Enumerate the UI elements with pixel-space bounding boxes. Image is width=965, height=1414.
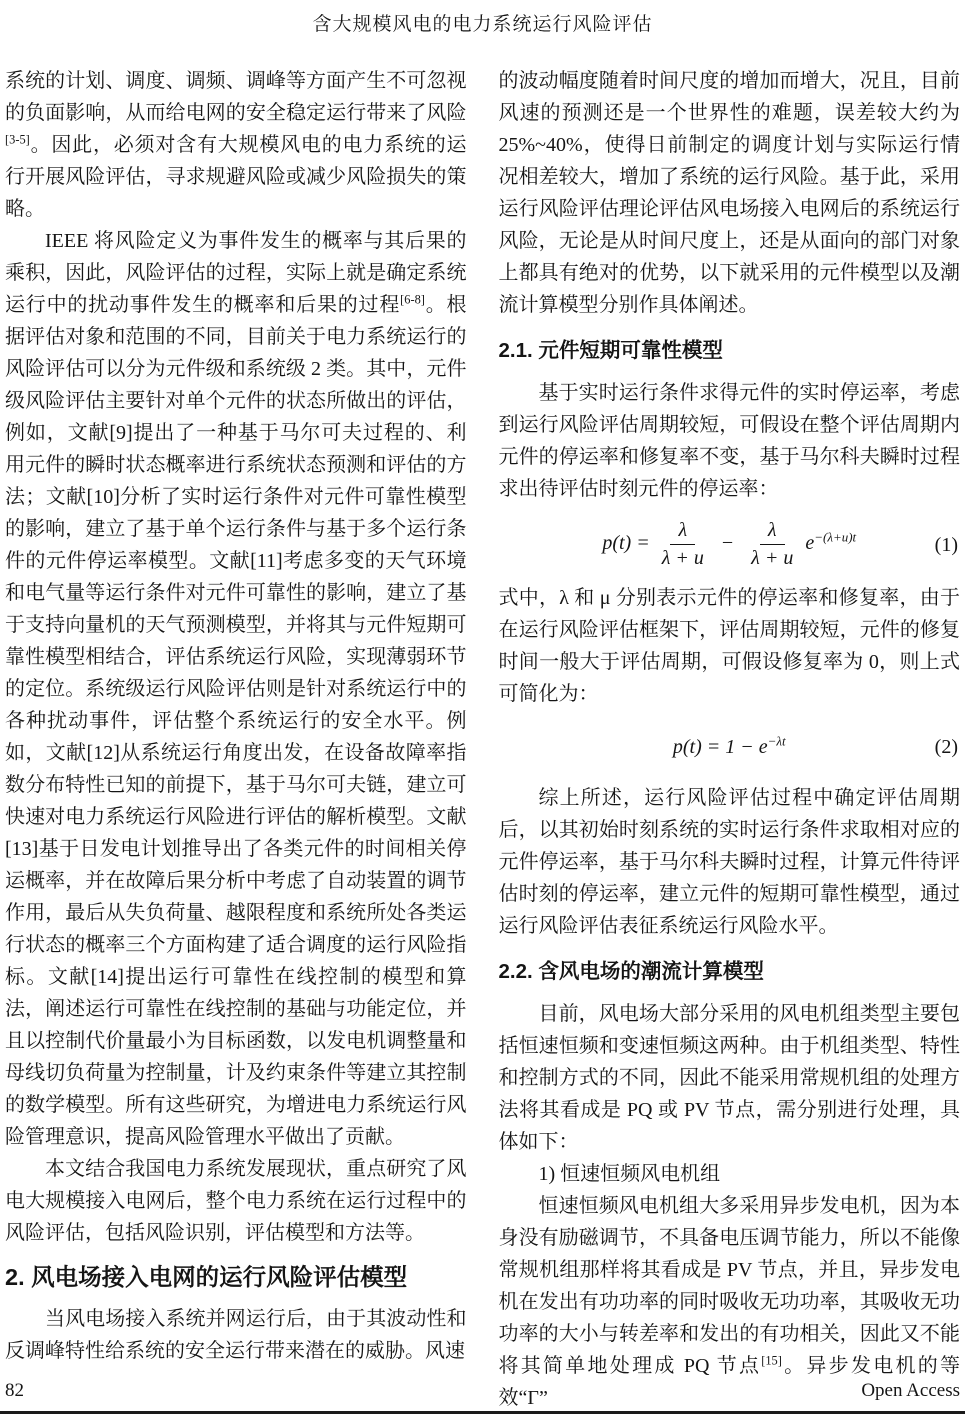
equation-2-body: p(t) = 1 − e−λt bbox=[673, 731, 786, 763]
equation-1-fraction-2: λλ + u bbox=[749, 519, 795, 570]
equation-1: p(t) = λλ + u − λλ + u e−(λ+u)t (1) bbox=[499, 519, 961, 570]
paper-page: 含大规模风电的电力系统运行风险评估 系统的计划、调度、调频、调峰等方面产生不可忽… bbox=[0, 0, 965, 1414]
equation-1-number: (1) bbox=[935, 529, 958, 561]
page-footer: 82 Open Access bbox=[5, 1380, 960, 1402]
right-paragraph-summary: 综上所述，运行风险评估过程中确定评估周期后，以其初始时刻系统的实时运行条件求取相… bbox=[499, 782, 961, 942]
section-2-2-heading: 2.2. 含风电场的潮流计算模型 bbox=[499, 958, 961, 985]
right-list-item-fixed-speed: 1) 恒速恒频风电机组 bbox=[499, 1158, 961, 1190]
equation-1-lhs: p(t) = bbox=[602, 532, 649, 554]
equation-1-body: p(t) = λλ + u − λλ + u e−(λ+u)t bbox=[602, 519, 856, 570]
equation-2-exponent: −λt bbox=[768, 733, 786, 748]
left-paragraph-literature-review: IEEE 将风险定义为事件发生的概率与其后果的乘积，因此，风险评估的过程，实际上… bbox=[5, 225, 467, 1153]
right-paragraph-equation-explanation: 式中，λ 和 μ 分别表示元件的停运率和修复率，由于在运行风险评估框架下，评估周… bbox=[499, 582, 961, 710]
left-paragraph-section2-intro: 当风电场接入系统并网运行后，由于其波动性和反调峰特性给系统的安全运行带来潜在的威… bbox=[5, 1303, 467, 1367]
page-number: 82 bbox=[5, 1380, 24, 1402]
running-head-title: 含大规模风电的电力系统运行风险评估 bbox=[0, 0, 965, 36]
section-2-heading: 2. 风电场接入电网的运行风险评估模型 bbox=[5, 1262, 467, 1292]
equation-1-fraction-1: λλ + u bbox=[660, 519, 706, 570]
two-column-body: 系统的计划、调度、调频、调峰等方面产生不可忽视的负面影响，从而给电网的安全稳定运… bbox=[0, 65, 965, 1414]
right-paragraph-wind-turbine-types: 目前，风电场大部分采用的风电机组类型主要包括恒速恒频和变速恒频这两种。由于机组类… bbox=[499, 998, 961, 1158]
left-paragraph-paper-scope: 本文结合我国电力系统发展现状，重点研究了风电大规模接入电网后，整个电力系统在运行… bbox=[5, 1153, 467, 1249]
left-paragraph-intro-continued: 系统的计划、调度、调频、调峰等方面产生不可忽视的负面影响，从而给电网的安全稳定运… bbox=[5, 65, 467, 225]
left-column: 系统的计划、调度、调频、调峰等方面产生不可忽视的负面影响，从而给电网的安全稳定运… bbox=[5, 65, 467, 1414]
equation-2-number: (2) bbox=[935, 731, 958, 763]
equation-1-minus-operator: − bbox=[722, 532, 733, 554]
equation-2: p(t) = 1 − e−λt (2) bbox=[499, 724, 961, 770]
equation-1-exponential-base: e bbox=[805, 532, 814, 554]
right-column: 的波动幅度随着时间尺度的增加而增大，况且，目前风速的预测还是一个世界性的难题，误… bbox=[499, 65, 961, 1414]
equation-1-exponent: −(λ+u)t bbox=[814, 529, 856, 544]
equation-2-expression: p(t) = 1 − e bbox=[673, 736, 768, 758]
open-access-label: Open Access bbox=[861, 1380, 960, 1402]
section-2-1-heading: 2.1. 元件短期可靠性模型 bbox=[499, 337, 961, 364]
right-paragraph-outage-rate: 基于实时运行条件求得元件的实时停运率，考虑到运行风险评估周期较短，可假设在整个评… bbox=[499, 377, 961, 505]
right-paragraph-wind-forecast: 的波动幅度随着时间尺度的增加而增大，况且，目前风速的预测还是一个世界性的难题，误… bbox=[499, 65, 961, 321]
